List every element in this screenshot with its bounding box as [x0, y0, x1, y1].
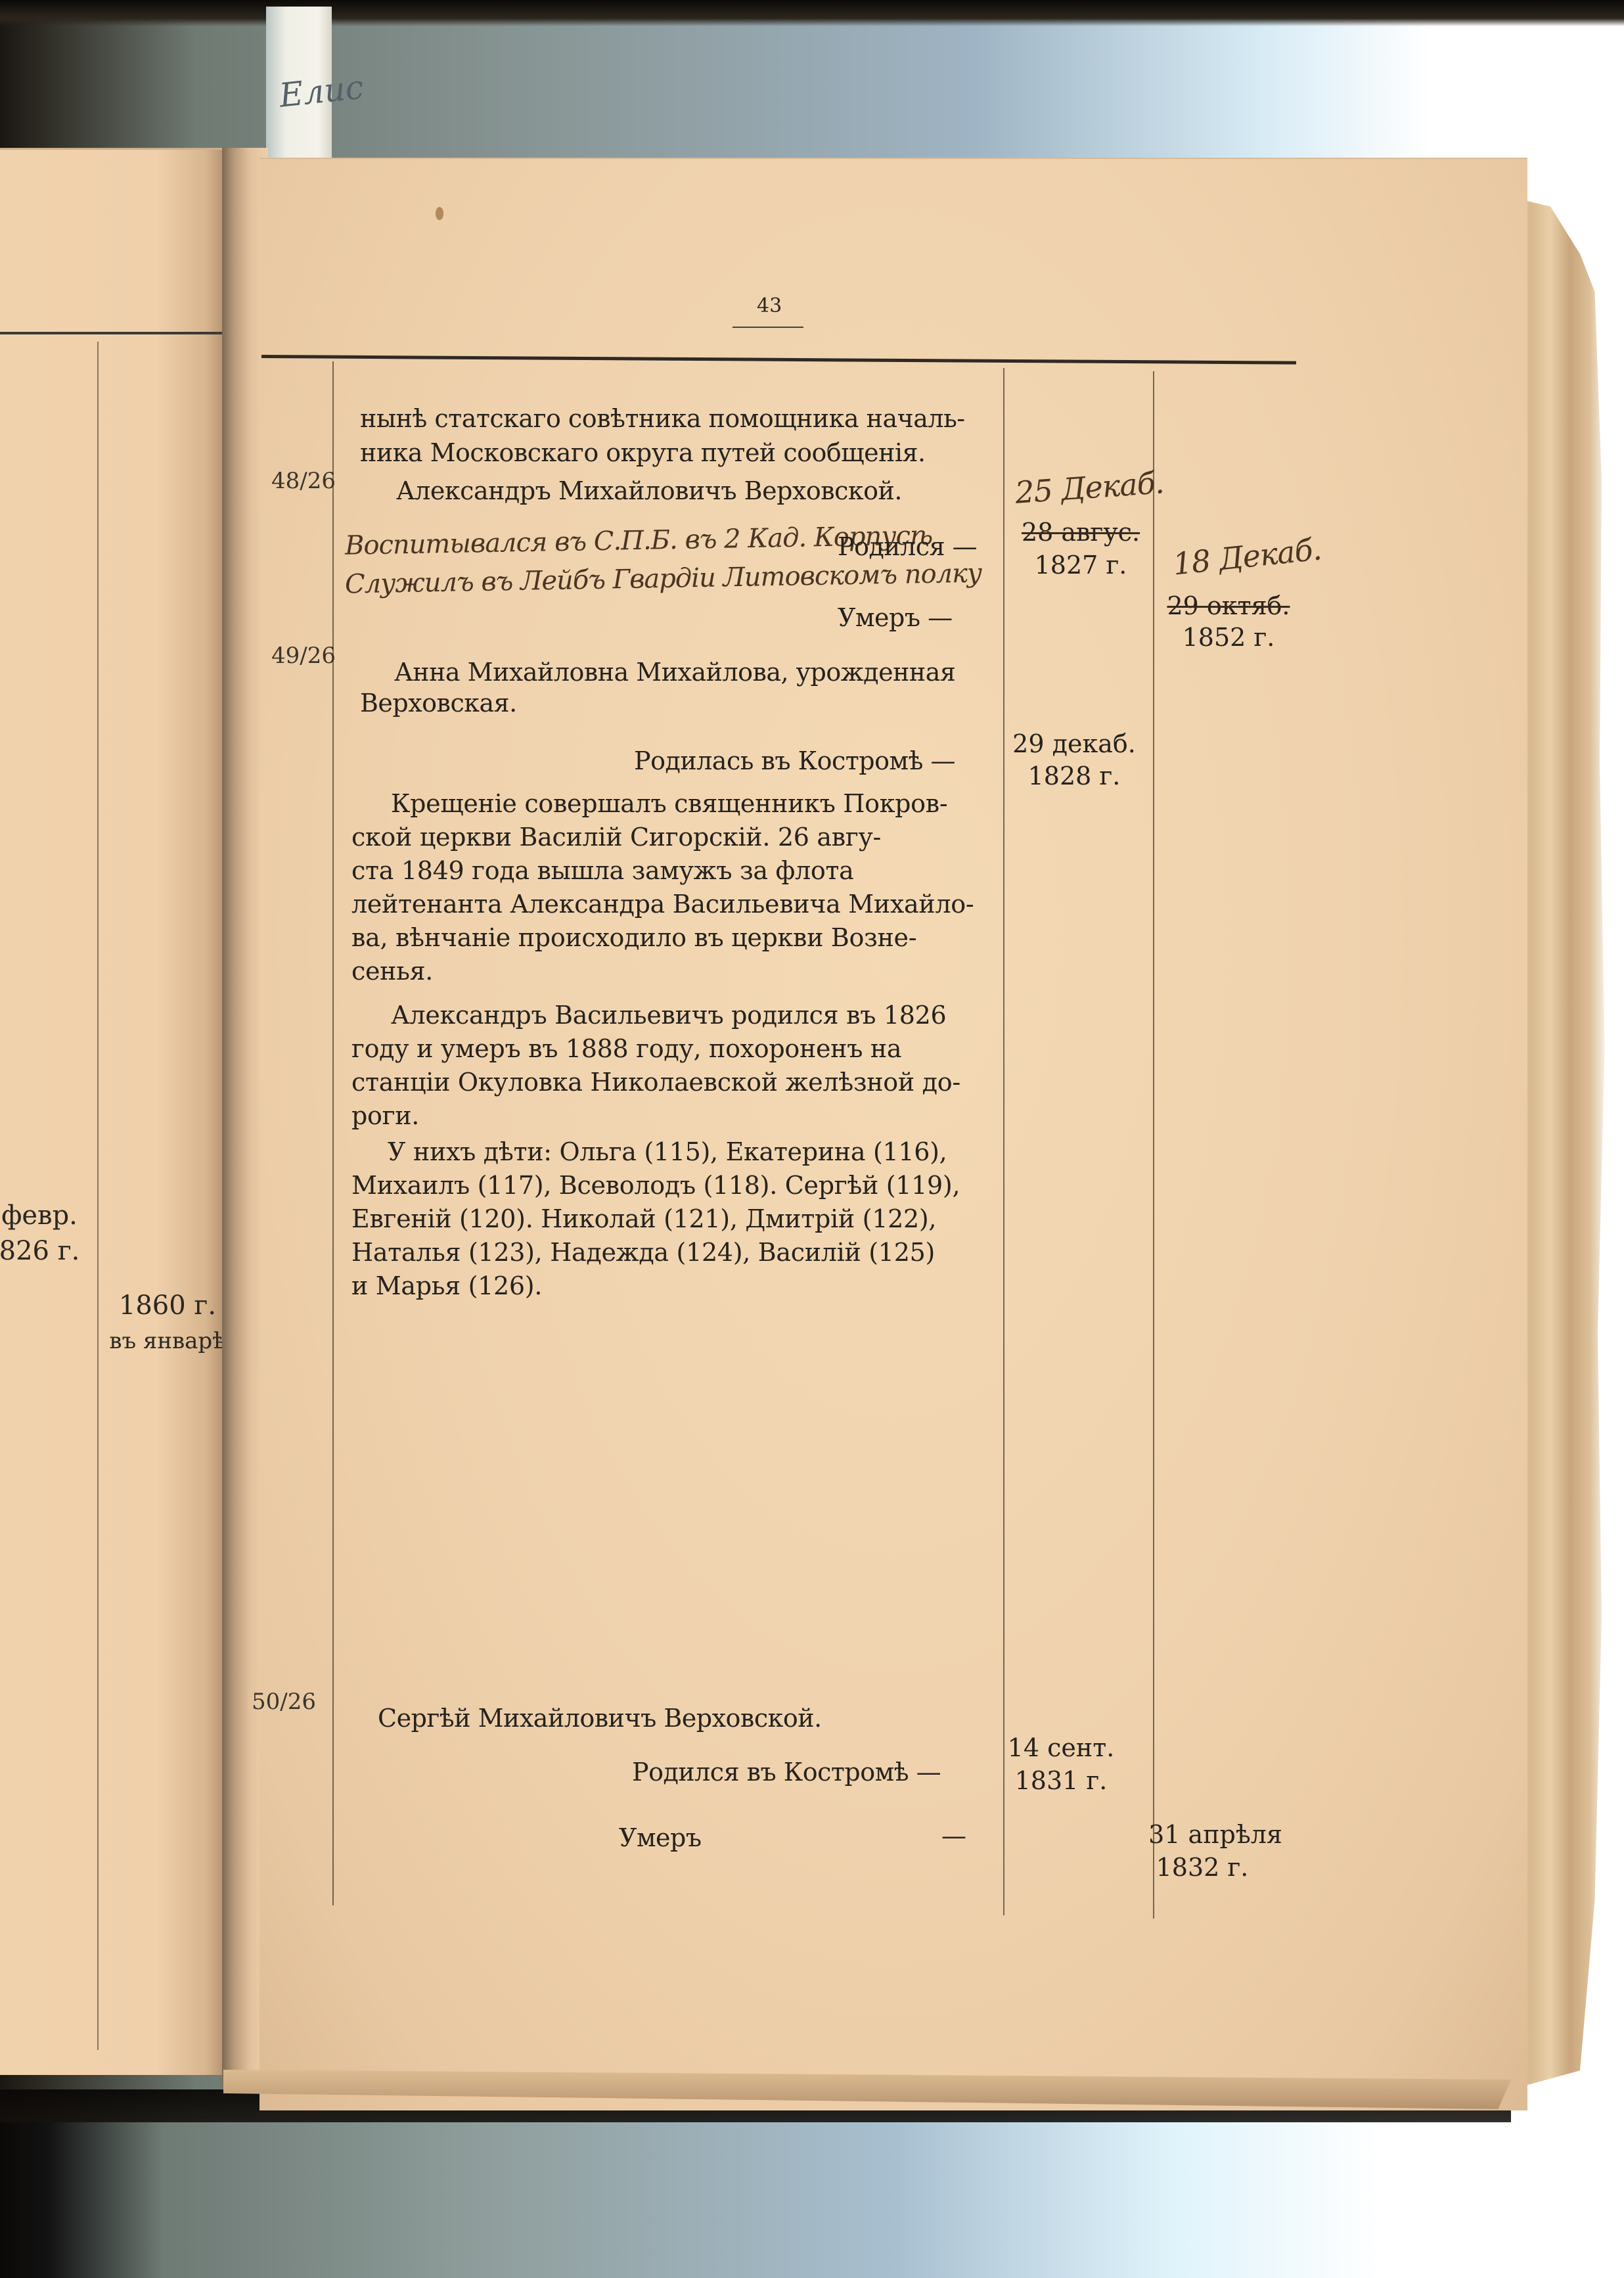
birth-date: 14 сент. — [989, 1732, 1133, 1764]
died-dash: — — [941, 1821, 966, 1850]
page-number-rule — [733, 327, 803, 328]
death-year: 1852 г. — [1156, 622, 1301, 653]
death-date: 31 апрѣля — [1143, 1819, 1288, 1850]
entry-number: 49/26 — [271, 643, 336, 669]
entry-number: 50/26 — [252, 1689, 316, 1715]
left-page-header-rule — [0, 332, 240, 334]
intro-line-1: нынѣ статскаго совѣтника помощника начал… — [360, 402, 965, 435]
entry-name: Александръ Михайловичъ Верховской. — [396, 474, 902, 507]
entry-name: Сергѣй Михайловичъ Верховской. — [378, 1702, 822, 1735]
baptism-marriage-paragraph: Крещеніе совершалъ священникъ Покров- ск… — [351, 787, 989, 988]
death-year: 1832 г. — [1130, 1852, 1274, 1883]
column-line-death — [1153, 371, 1154, 1919]
birth-year: 1828 г. — [1002, 760, 1146, 792]
printed-birth-date-struck: 28 авгус. — [1008, 516, 1153, 548]
entry-name-line-1: Анна Михайловна Михайлова, урожденная — [394, 656, 955, 689]
birth-year: 1827 г. — [1008, 549, 1153, 581]
birth-date: 29 декаб. — [1002, 728, 1146, 760]
entry-name-line-2: Верховская. — [360, 687, 517, 719]
left-page — [0, 148, 223, 2075]
page-number: 43 — [757, 294, 782, 317]
died-label: Умеръ — — [838, 601, 953, 634]
husband-paragraph: Александръ Васильевичъ родился въ 1826 г… — [351, 999, 989, 1133]
column-line-number — [332, 361, 334, 1905]
entry-number: 48/26 — [271, 468, 336, 494]
left-birth-date: февр. 826 г. — [0, 1198, 92, 1269]
birth-year: 1831 г. — [989, 1765, 1133, 1796]
died-label: Умеръ — [619, 1821, 702, 1854]
born-label: Родился — — [838, 530, 977, 563]
column-line-birth — [1003, 368, 1004, 1915]
left-page-column-line — [97, 342, 99, 2050]
children-paragraph: У нихъ дѣти: Ольга (115), Екатерина (116… — [351, 1135, 989, 1303]
left-death-date: 1860 г. въ январѣ — [99, 1288, 237, 1359]
paper-stain — [436, 207, 443, 220]
born-label: Родилась въ Костромѣ — — [634, 744, 955, 777]
born-label: Родился въ Костромѣ — — [632, 1756, 941, 1788]
bookmark-note: Елис — [277, 68, 365, 114]
intro-line-2: ника Московскаго округа путей сообщенія. — [360, 436, 926, 469]
scanner-top-shadow — [0, 0, 1624, 26]
scanner-bottom-band — [0, 2122, 1624, 2278]
printed-death-date-struck: 29 октяб. — [1156, 590, 1301, 622]
